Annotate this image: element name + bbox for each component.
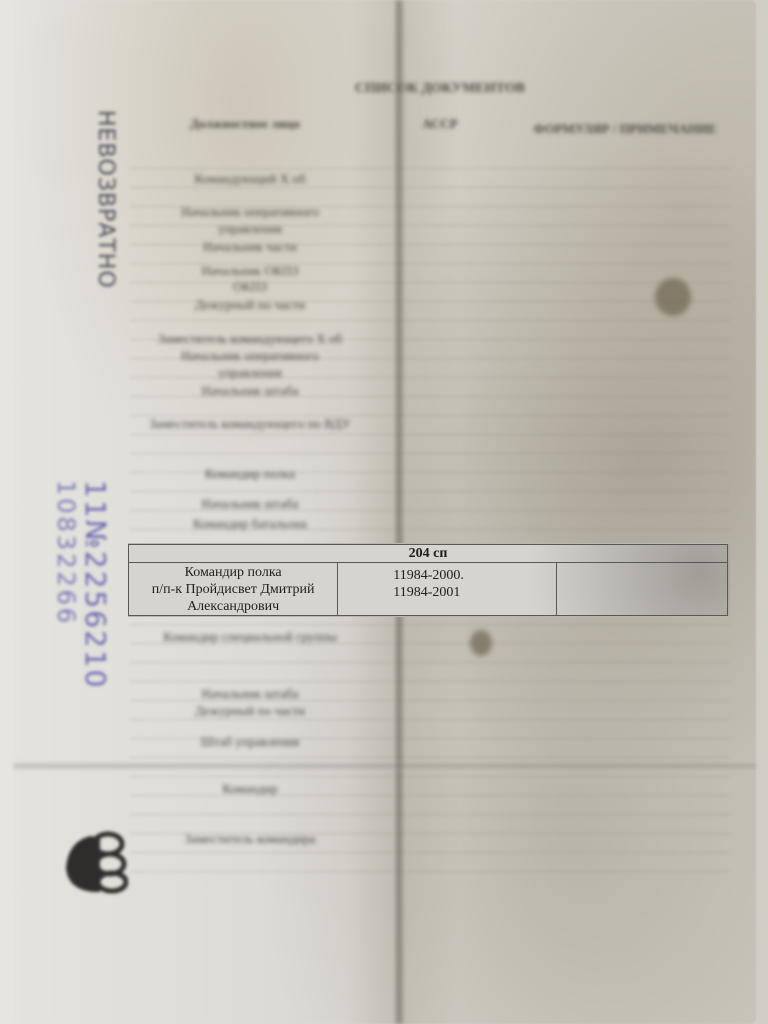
person-name-line2: Александрович (129, 598, 337, 615)
handwritten-number-2: 10832266 (52, 480, 80, 626)
blurred-entry: Начальник штаба (140, 685, 360, 702)
code-2: 11984-2001 (393, 584, 555, 601)
handwritten-note-top: НЕВОЗВРАТНО (93, 110, 118, 289)
blurred-entry: Командующий X об (140, 170, 360, 187)
document-title: СПИСОК ДОКУМЕНТОВ (330, 80, 550, 97)
blurred-entry: Командир специальной группы (140, 628, 360, 645)
blurred-entry: Начальник оперативного (140, 203, 360, 220)
blurred-entry: Командир (140, 780, 360, 797)
position-cell: Командир полка п/п-к Пройдисвет Дмитрий … (129, 563, 338, 616)
blurred-entry: Заместитель командующего по ВДУ (140, 415, 360, 432)
fold-crease-horizontal (14, 762, 756, 770)
blurred-entry: Начальник части (140, 238, 360, 255)
column-header-position: Должностное лицо (150, 115, 340, 132)
blurred-entry: ОКПЗ (140, 278, 360, 295)
blurred-entry: управления (140, 364, 360, 381)
blurred-entry: Заместитель командира (140, 830, 360, 847)
position-title: Командир полка (129, 564, 337, 581)
ink-stamp-icon (60, 828, 128, 894)
code-1: 11984-2000. (393, 567, 555, 584)
blurred-entry: Начальник оперативного (140, 347, 360, 364)
blurred-entry: Командир полка (140, 465, 360, 482)
note-cell (556, 563, 727, 616)
column-header-code: АССР (400, 115, 480, 132)
blurred-entry: Начальник штаба (140, 495, 360, 512)
person-name-line1: п/п-к Пройдисвет Дмитрий (129, 581, 337, 598)
blurred-entry: Начальник штаба (140, 382, 360, 399)
stain (655, 278, 691, 316)
legible-table-section: 204 сп Командир полка п/п-к Пройдисвет Д… (128, 543, 730, 617)
column-header-note: ФОРМУЛЯР / ПРИМЕЧАНИЕ (530, 120, 720, 137)
blurred-entry: Дежурный по части (140, 296, 360, 313)
table-row: Командир полка п/п-к Пройдисвет Дмитрий … (129, 563, 728, 616)
commander-table: 204 сп Командир полка п/п-к Пройдисвет Д… (128, 544, 728, 616)
handwritten-number-1: 11№2256210 (79, 480, 112, 689)
blurred-entry: Штаб управления (140, 733, 360, 750)
blurred-entry: Начальник ОКПЗ (140, 262, 360, 279)
blurred-entry: управления (140, 220, 360, 237)
codes-cell: 11984-2000. 11984-2001 (338, 563, 556, 616)
blurred-entry: Заместитель командующего X об (140, 330, 360, 347)
unit-header: 204 сп (129, 545, 728, 563)
stain (470, 630, 492, 656)
fold-crease-vertical (392, 0, 406, 1024)
blurred-entry: Командир батальона (140, 515, 360, 532)
blurred-entry: Дежурный по части (140, 702, 360, 719)
